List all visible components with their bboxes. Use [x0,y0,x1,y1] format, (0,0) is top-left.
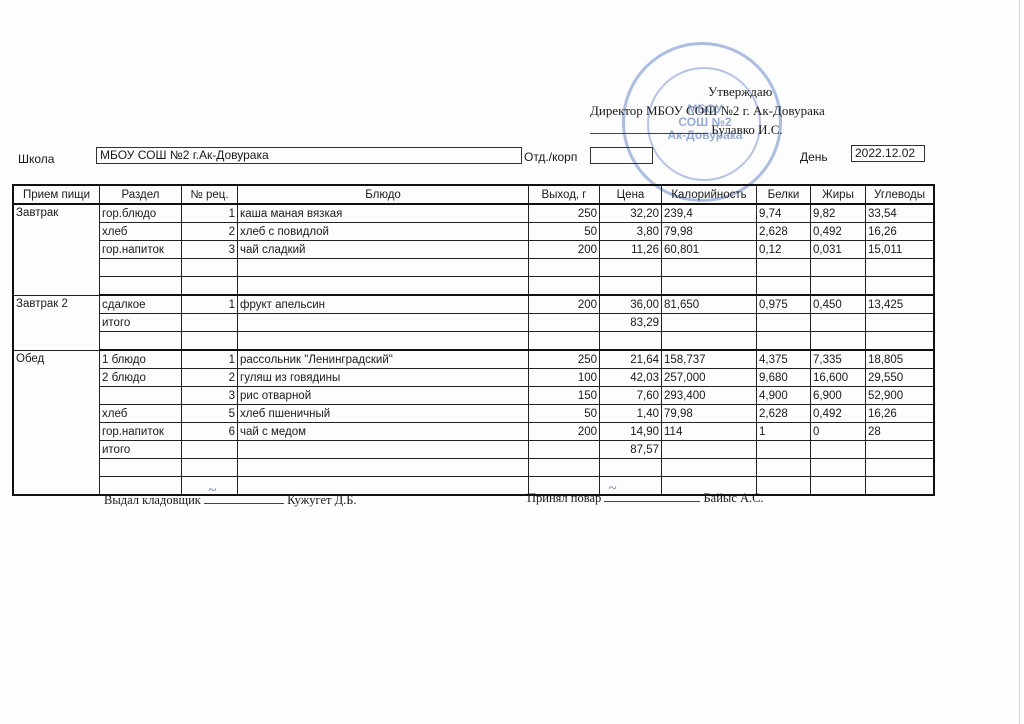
dish-cell: фрукт апельсин [238,295,529,314]
recipe-no-cell [182,332,238,351]
table-row [13,277,934,296]
calories-cell: 81,650 [662,295,757,314]
carbs-cell: 18,805 [866,350,935,369]
protein-cell: 2,628 [757,223,811,241]
yield-cell [529,314,600,332]
calories-cell [662,314,757,332]
dish-cell: рассольник "Ленинградский" [238,350,529,369]
fat-cell: 0,492 [811,223,866,241]
fat-cell [811,441,866,459]
col-header-carbs: Углеводы [866,185,935,204]
recipe-no-cell [182,459,238,477]
yield-cell [529,332,600,351]
calories-cell [662,441,757,459]
carbs-cell [866,314,935,332]
protein-cell [757,332,811,351]
section-cell: сдалкое [100,295,182,314]
table-row: итого83,29 [13,314,934,332]
recipe-no-cell [182,314,238,332]
dish-cell: чай с медом [238,423,529,441]
recipe-no-cell: 3 [182,241,238,259]
dish-cell [238,459,529,477]
section-cell [100,332,182,351]
section-cell [100,259,182,277]
carbs-cell: 28 [866,423,935,441]
table-row: Завтрак 2сдалкое1фрукт апельсин20036,008… [13,295,934,314]
table-row [13,332,934,351]
yield-cell: 200 [529,423,600,441]
price-cell: 14,90 [600,423,662,441]
fat-cell [811,477,866,496]
col-header-price: Цена [600,185,662,204]
price-cell: 21,64 [600,350,662,369]
dish-cell [238,259,529,277]
menu-table: Прием пищи Раздел № рец. Блюдо Выход, г … [12,184,935,496]
carbs-cell: 16,26 [866,223,935,241]
meal-cell: Обед [13,350,100,495]
carbs-cell: 33,54 [866,204,935,223]
table-row: итого87,57 [13,441,934,459]
col-header-protein: Белки [757,185,811,204]
yield-cell: 100 [529,369,600,387]
protein-cell: 4,375 [757,350,811,369]
table-row: хлеб2хлеб с повидлой503,8079,982,6280,49… [13,223,934,241]
protein-cell [757,277,811,296]
carbs-cell [866,459,935,477]
section-cell: хлеб [100,405,182,423]
section-cell: гор.блюдо [100,204,182,223]
recipe-no-cell: 1 [182,204,238,223]
day-label: День [800,150,828,164]
calories-cell: 60,801 [662,241,757,259]
table-row: Завтракгор.блюдо1каша маная вязкая25032,… [13,204,934,223]
received-signature-line: ~ [604,491,700,502]
menu-table-body: Завтракгор.блюдо1каша маная вязкая25032,… [13,204,934,495]
dish-cell [238,332,529,351]
table-row: хлеб5хлеб пшеничный501,4079,982,6280,492… [13,405,934,423]
yield-cell: 50 [529,223,600,241]
section-cell: гор.напиток [100,241,182,259]
col-header-fat: Жиры [811,185,866,204]
fat-cell [811,459,866,477]
calories-cell [662,459,757,477]
calories-cell: 79,98 [662,405,757,423]
carbs-cell [866,259,935,277]
table-row: 3рис отварной1507,60293,4004,9006,90052,… [13,387,934,405]
section-cell [100,277,182,296]
recipe-no-cell: 2 [182,369,238,387]
price-cell: 7,60 [600,387,662,405]
price-cell: 87,57 [600,441,662,459]
yield-cell: 200 [529,241,600,259]
section-cell [100,387,182,405]
section-cell: хлеб [100,223,182,241]
protein-cell [757,441,811,459]
yield-cell [529,277,600,296]
protein-cell: 2,628 [757,405,811,423]
recipe-no-cell: 5 [182,405,238,423]
carbs-cell [866,477,935,496]
recipe-no-cell: 2 [182,223,238,241]
fat-cell: 0,492 [811,405,866,423]
recipe-no-cell: 3 [182,387,238,405]
received-name: Байыс А.С. [704,491,764,505]
table-row: гор.напиток6чай с медом20014,901141028 [13,423,934,441]
recipe-no-cell: 1 [182,350,238,369]
fat-cell [811,277,866,296]
price-cell [600,277,662,296]
price-cell: 3,80 [600,223,662,241]
col-header-section: Раздел [100,185,182,204]
section-cell: итого [100,314,182,332]
price-cell: 42,03 [600,369,662,387]
calories-cell: 257,000 [662,369,757,387]
dish-cell: каша маная вязкая [238,204,529,223]
carbs-cell: 52,900 [866,387,935,405]
section-cell: 1 блюдо [100,350,182,369]
fat-cell: 16,600 [811,369,866,387]
meal-cell: Завтрак 2 [13,295,100,350]
recipe-no-cell [182,441,238,459]
approval-signatory: Булавко И.С. [590,120,850,139]
issued-name: Кужугет Д.Б. [287,493,356,507]
protein-cell: 0,975 [757,295,811,314]
carbs-cell [866,441,935,459]
yield-cell: 250 [529,204,600,223]
table-row: 2 блюдо2гуляш из говядины10042,03257,000… [13,369,934,387]
price-cell: 36,00 [600,295,662,314]
fat-cell: 9,82 [811,204,866,223]
approval-position: Директор МБОУ СОШ №2 г. Ак-Довурака [590,101,850,120]
price-cell: 11,26 [600,241,662,259]
meal-cell: Завтрак [13,204,100,295]
dish-cell: чай сладкий [238,241,529,259]
dish-cell: хлеб с повидлой [238,223,529,241]
carbs-cell: 15,011 [866,241,935,259]
issued-label: Выдал кладовщик [104,493,201,507]
col-header-recipe-no: № рец. [182,185,238,204]
table-row [13,459,934,477]
fat-cell: 6,900 [811,387,866,405]
recipe-no-cell: 1 [182,295,238,314]
protein-cell: 0,12 [757,241,811,259]
carbs-cell: 13,425 [866,295,935,314]
dish-cell [238,277,529,296]
recipe-no-cell: 6 [182,423,238,441]
section-cell: итого [100,441,182,459]
approval-block: Утверждаю Директор МБОУ СОШ №2 г. Ак-Дов… [590,82,850,139]
school-field[interactable]: МБОУ СОШ №2 г.Ак-Довурака [96,147,522,164]
carbs-cell [866,332,935,351]
price-cell: 1,40 [600,405,662,423]
price-cell [600,259,662,277]
fat-cell [811,332,866,351]
fat-cell [811,259,866,277]
fat-cell [811,314,866,332]
received-signature: Принял повар ~ Байыс А.С. [527,491,764,506]
recipe-no-cell [182,259,238,277]
price-cell [600,459,662,477]
table-row: Обед1 блюдо1рассольник "Ленинградский"25… [13,350,934,369]
handwritten-signature: ~ [208,483,216,500]
calories-cell: 158,737 [662,350,757,369]
fat-cell: 0,450 [811,295,866,314]
yield-cell [529,441,600,459]
protein-cell: 4,900 [757,387,811,405]
dish-cell [238,441,529,459]
received-label: Принял повар [527,491,601,505]
calories-cell [662,259,757,277]
fat-cell: 0 [811,423,866,441]
dish-cell: гуляш из говядины [238,369,529,387]
issued-signature: Выдал кладовщик ~ Кужугет Д.Б. [104,493,357,508]
section-cell: 2 блюдо [100,369,182,387]
dish-cell: рис отварной [238,387,529,405]
protein-cell [757,259,811,277]
col-header-meal: Прием пищи [13,185,100,204]
dish-cell: хлеб пшеничный [238,405,529,423]
calories-cell: 293,400 [662,387,757,405]
table-row [13,259,934,277]
day-field[interactable]: 2022.12.02 [851,145,925,162]
scan-page-edge [1019,0,1020,724]
fat-cell: 7,335 [811,350,866,369]
calories-cell: 79,98 [662,223,757,241]
calories-cell: 239,4 [662,204,757,223]
protein-cell: 1 [757,423,811,441]
protein-cell: 9,74 [757,204,811,223]
price-cell [600,332,662,351]
yield-cell: 250 [529,350,600,369]
dept-label: Отд./корп [524,150,577,164]
calories-cell: 114 [662,423,757,441]
carbs-cell: 16,26 [866,405,935,423]
fat-cell: 0,031 [811,241,866,259]
issued-signature-line: ~ [204,493,284,504]
dish-cell [238,314,529,332]
signature-line [590,123,708,134]
price-cell: 32,20 [600,204,662,223]
yield-cell: 150 [529,387,600,405]
col-header-dish: Блюдо [238,185,529,204]
protein-cell [757,477,811,496]
calories-cell [662,277,757,296]
school-label: Школа [18,152,54,166]
col-header-calories: Калорийность [662,185,757,204]
section-cell: гор.напиток [100,423,182,441]
handwritten-signature: ~ [608,481,616,498]
yield-cell: 200 [529,295,600,314]
carbs-cell [866,277,935,296]
table-row: гор.напиток3чай сладкий20011,2660,8010,1… [13,241,934,259]
carbs-cell: 29,550 [866,369,935,387]
approval-title: Утверждаю [590,82,850,101]
recipe-no-cell [182,277,238,296]
yield-cell [529,259,600,277]
calories-cell [662,332,757,351]
protein-cell [757,459,811,477]
dept-field[interactable] [590,147,653,164]
protein-cell: 9,680 [757,369,811,387]
col-header-yield: Выход, г [529,185,600,204]
yield-cell: 50 [529,405,600,423]
protein-cell [757,314,811,332]
price-cell: 83,29 [600,314,662,332]
section-cell [100,459,182,477]
table-header-row: Прием пищи Раздел № рец. Блюдо Выход, г … [13,185,934,204]
yield-cell [529,459,600,477]
